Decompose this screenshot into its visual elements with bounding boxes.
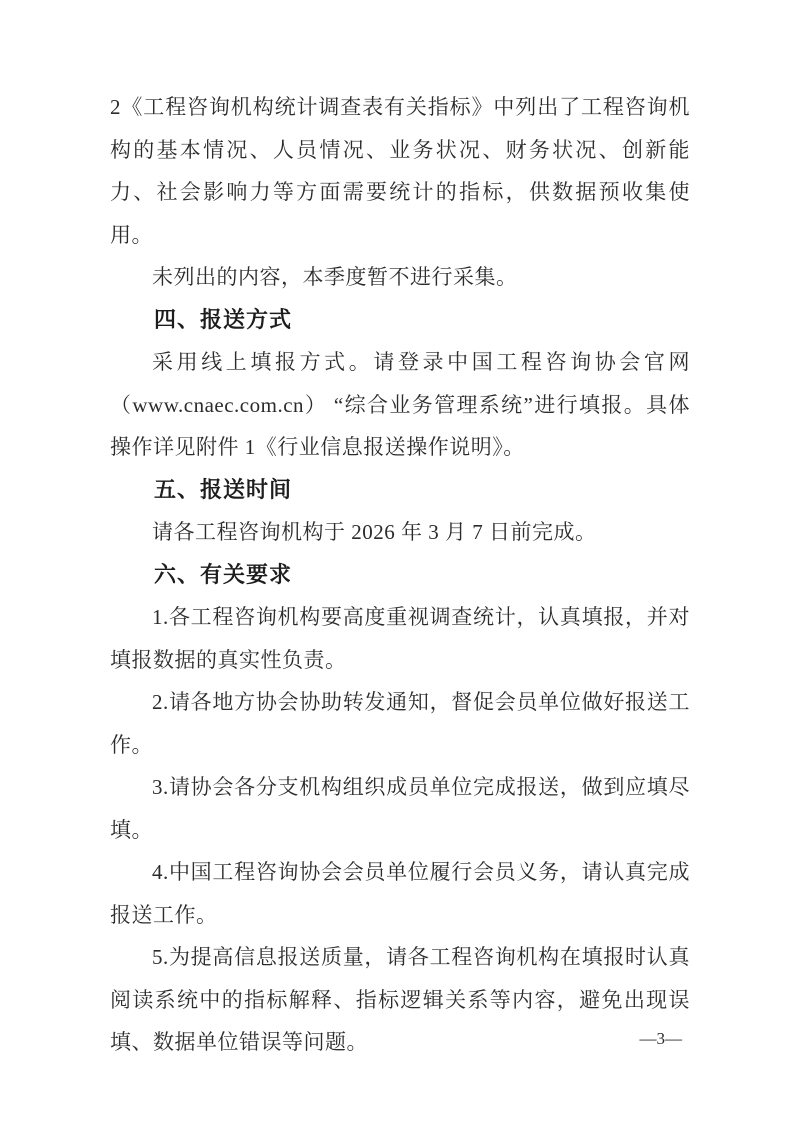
page-number: —3—: [640, 1024, 683, 1054]
list-item-5: 5.为提高信息报送质量，请各工程咨询机构在填报时认真阅读系统中的指标解释、指标逻…: [110, 936, 690, 1064]
section-heading-4: 四、报送方式: [110, 299, 690, 342]
list-item-4: 4.中国工程咨询协会会员单位履行会员义务，请认真完成报送工作。: [110, 851, 690, 936]
document-body: 2《工程咨询机构统计调查表有关指标》中列出了工程咨询机构的基本情况、人员情况、业…: [110, 86, 690, 1064]
list-item-3: 3.请协会各分支机构组织成员单位完成报送，做到应填尽填。: [110, 766, 690, 851]
document-page: 2《工程咨询机构统计调查表有关指标》中列出了工程咨询机构的基本情况、人员情况、业…: [0, 0, 800, 1131]
section-heading-5: 五、报送时间: [110, 469, 690, 512]
paragraph: 请各工程咨询机构于 2026 年 3 月 7 日前完成。: [110, 511, 690, 554]
section-heading-6: 六、有关要求: [110, 554, 690, 597]
list-item-2: 2.请各地方协会协助转发通知，督促会员单位做好报送工作。: [110, 681, 690, 766]
paragraph-continuation: 2《工程咨询机构统计调查表有关指标》中列出了工程咨询机构的基本情况、人员情况、业…: [110, 86, 690, 256]
paragraph: 未列出的内容，本季度暂不进行采集。: [110, 256, 690, 299]
list-item-1: 1.各工程咨询机构要高度重视调查统计，认真填报，并对填报数据的真实性负责。: [110, 596, 690, 681]
paragraph: 采用线上填报方式。请登录中国工程咨询协会官网（www.cnaec.com.cn）…: [110, 341, 690, 469]
